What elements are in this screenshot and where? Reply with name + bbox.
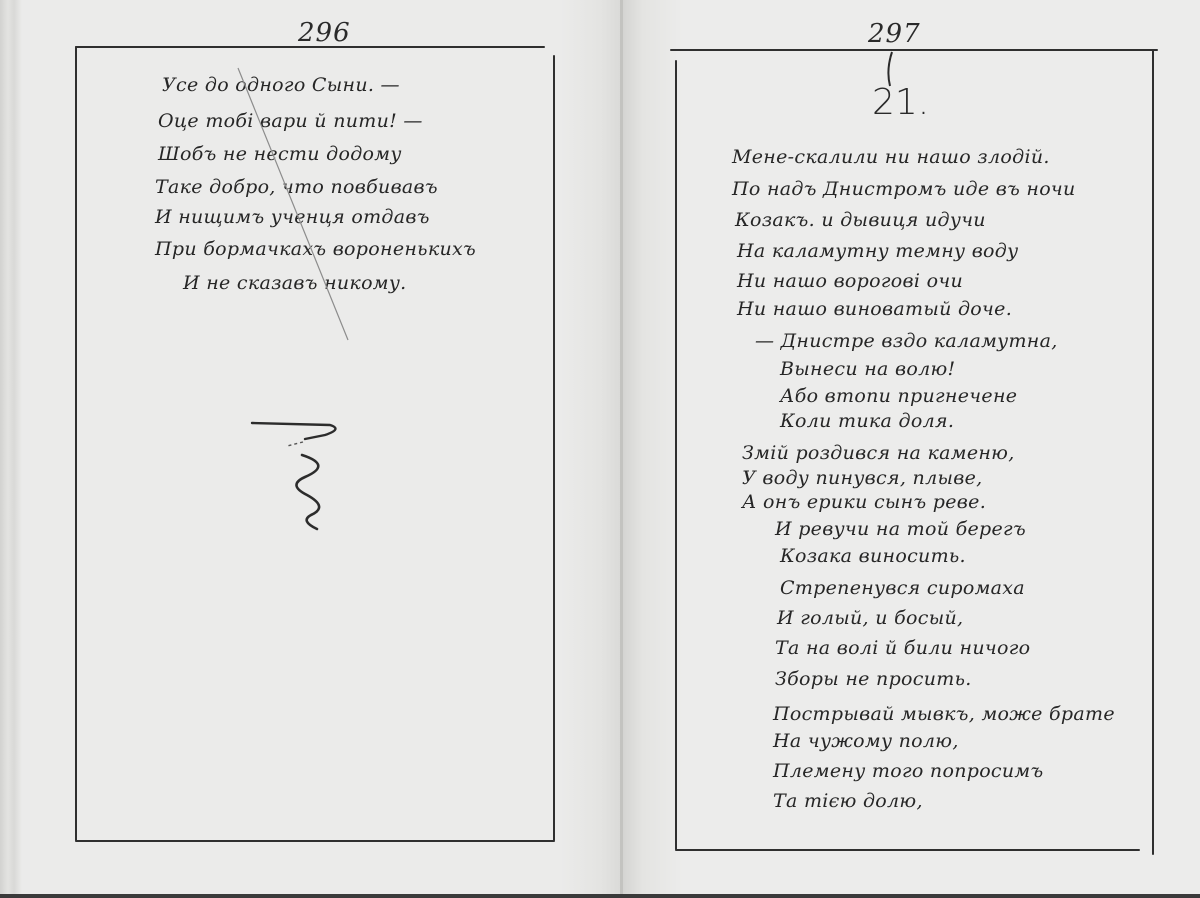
frame-bottom-left (75, 840, 555, 842)
text-line: Змій роздився на каменю, (742, 442, 1015, 464)
text-line: У воду пинувся, плыве, (742, 467, 983, 489)
frame-left-right (675, 60, 677, 850)
text-line: Зборы не просить. (775, 668, 972, 690)
text-line: На чужому полю, (773, 730, 959, 752)
text-line: Племену того попросимъ (773, 760, 1043, 782)
frame-bottom-right (675, 849, 1140, 851)
text-line: Козакъ. и дывиця идучи (735, 209, 986, 231)
frame-right-right (1152, 50, 1154, 855)
text-line: Стрепенувся сиромаха (780, 577, 1025, 599)
text-line: Козака виносить. (780, 545, 966, 567)
text-line: На каламутну темну воду (737, 240, 1018, 262)
text-line: Та на волі й били ничого (775, 637, 1030, 659)
end-flourish-squiggle (245, 415, 345, 535)
pencil-stroke (230, 60, 360, 350)
page-number-right: 297 (868, 19, 921, 49)
text-line: Або втопи пригнечене (780, 385, 1017, 407)
text-line: Та тією долю, (773, 790, 923, 812)
page-number-left: 296 (298, 18, 351, 48)
frame-left-left (75, 46, 77, 841)
text-line: И ревучи на той берегъ (775, 518, 1026, 540)
poem-number: 21. (872, 82, 929, 123)
book-spread: 296 Усе до одного Сыни. — Оце тобі вари … (0, 0, 1200, 898)
text-line: Коли тика доля. (780, 410, 954, 432)
text-line: И голый, и босый, (777, 607, 963, 629)
text-line: Вынеси на волю! (780, 358, 955, 380)
book-bottom-edge (0, 894, 1200, 898)
text-line: А онъ ерики сынъ реве. (742, 491, 986, 513)
text-line: — Днистре вздо каламутна, (755, 330, 1058, 352)
text-line: Мене-скалили ни нашо злодій. (732, 146, 1050, 168)
frame-right-left (553, 55, 555, 841)
text-line: Ни нашо ворогові очи (737, 270, 963, 292)
frame-top-right (670, 49, 1158, 51)
text-line: Пострывай мывкъ, може брате (773, 703, 1115, 725)
text-line: Ни нашо виноватый доче. (737, 298, 1012, 320)
text-line: По надъ Днистромъ иде въ ночи (732, 178, 1076, 200)
frame-top-left (75, 46, 545, 48)
left-page: 296 Усе до одного Сыни. — Оце тобі вари … (0, 0, 623, 898)
